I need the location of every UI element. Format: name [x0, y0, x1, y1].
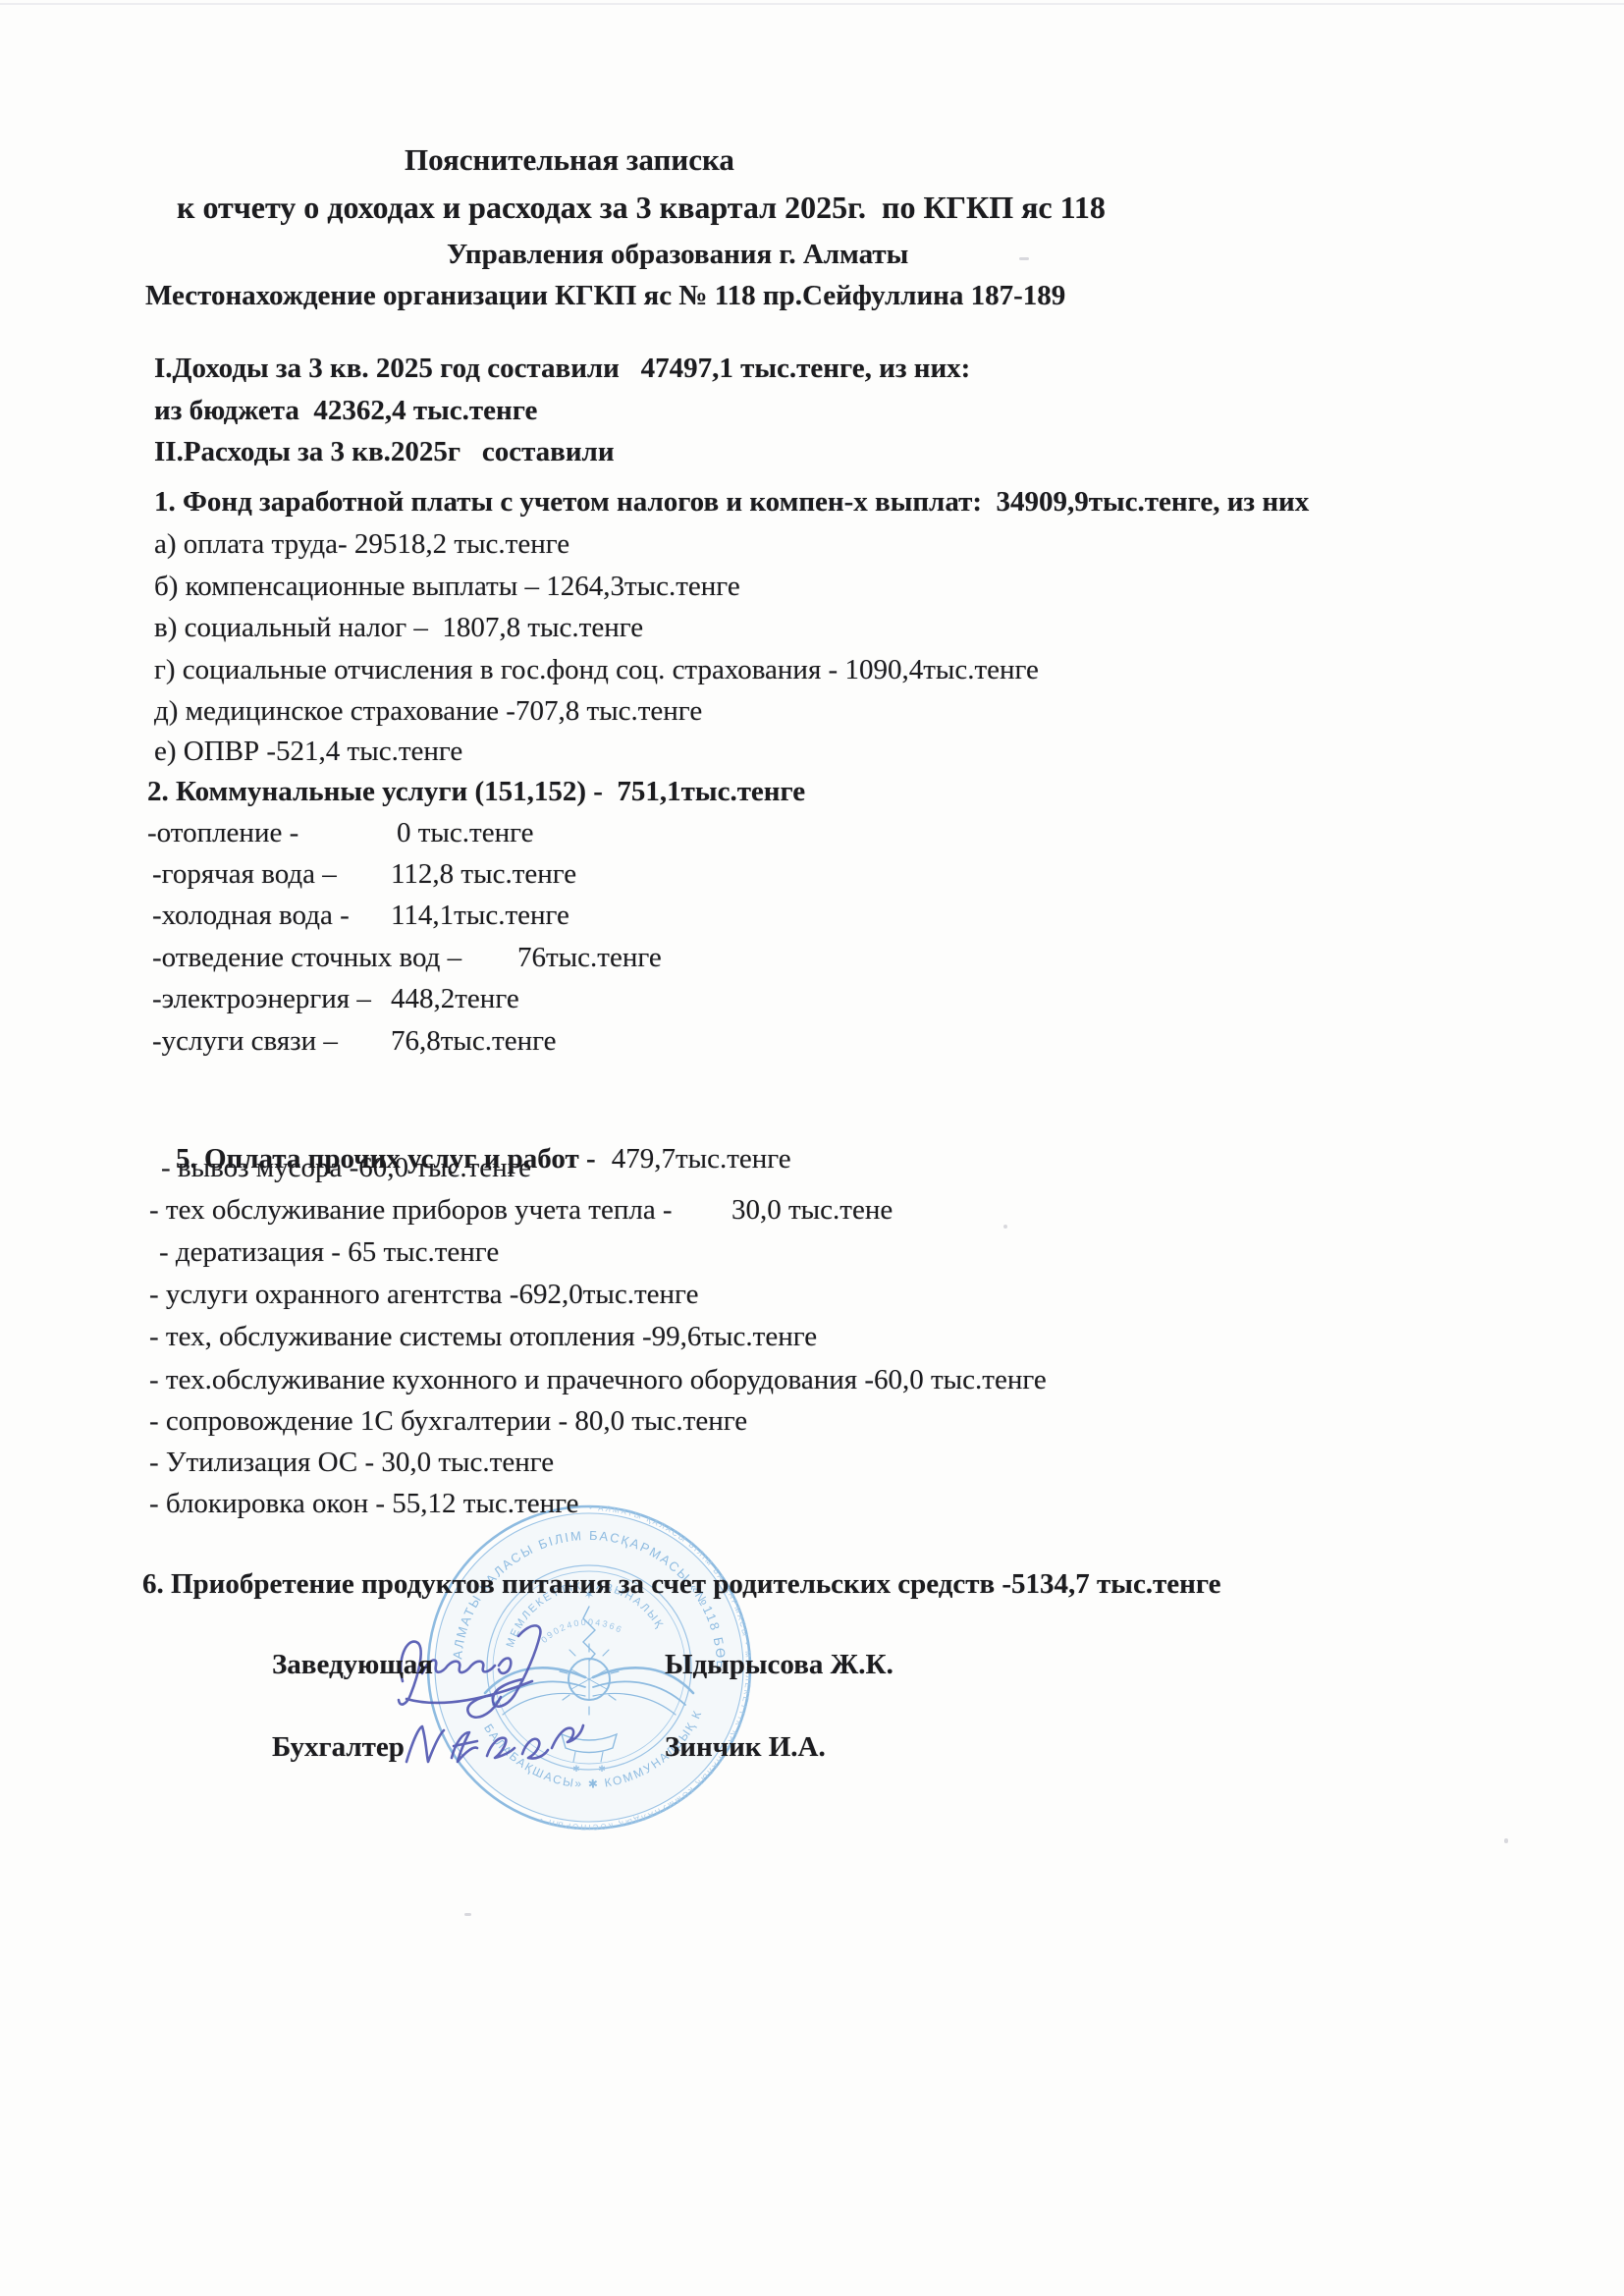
payroll-heading: 1. Фонд заработной платы с учетом налого… [154, 485, 1309, 519]
doc-title: Пояснительная записка [405, 141, 734, 178]
service-item: - тех.обслуживание кухонного и прачечног… [149, 1363, 1047, 1397]
service-item-value: 30,0 тыс.тене [731, 1193, 893, 1228]
doc-department-line: Управления образования г. Алматы [447, 238, 908, 272]
food-purchases-line: 6. Приобретение продуктов питания за сче… [142, 1567, 1221, 1602]
scan-edge-line [0, 3, 1624, 5]
utility-label: -услуги связи – [152, 1024, 338, 1059]
service-item: - услуги охранного агентства -692,0тыс.т… [149, 1278, 698, 1312]
scan-speck [1504, 1838, 1508, 1843]
service-item: - тех обслуживание приборов учета тепла … [149, 1193, 673, 1228]
payroll-item: д) медицинское страхование -707,8 тыс.те… [154, 694, 702, 729]
utilities-heading: 2. Коммунальные услуги (151,152) - 751,1… [147, 775, 805, 809]
scan-speck [1003, 1225, 1007, 1229]
utility-value: 448,2тенге [391, 982, 519, 1016]
utility-value: 114,1тыс.тенге [391, 899, 569, 933]
scan-speck [1019, 257, 1029, 260]
utility-value: 76,8тыс.тенге [391, 1024, 556, 1059]
signature-role-director: Заведующая [272, 1648, 433, 1682]
signature-name-accountant: Зинчик И.А. [665, 1730, 826, 1765]
payroll-item: в) социальный налог – 1807,8 тыс.тенге [154, 611, 643, 645]
utility-label: -горячая вода – [152, 857, 337, 892]
payroll-item: г) социальные отчисления в гос.фонд соц.… [154, 653, 1039, 687]
income-budget-line: из бюджета 42362,4 тыс.тенге [154, 394, 537, 428]
utility-value: 76тыс.тенге [517, 941, 662, 975]
services-heading-value: 479,7тыс.тенге [612, 1143, 791, 1175]
utility-label: -электроэнергия – [152, 982, 371, 1016]
document-page: • АЛМАТЫ ҚАЛАСЫ БІЛІМ БАСҚАРМАСЫ • МЕМЛЕ… [0, 0, 1624, 2296]
service-item: - сопровождение 1С бухгалтерии - 80,0 ты… [149, 1404, 747, 1439]
signature-role-accountant: Бухгалтер [272, 1730, 405, 1765]
service-item: - дератизация - 65 тыс.тенге [159, 1235, 499, 1270]
service-item: - вывоз мусора -60,0 тыс.тенге [161, 1151, 531, 1185]
svg-text:✱: ✱ [598, 1764, 606, 1774]
income-total-line: I.Доходы за 3 кв. 2025 год составили 474… [154, 352, 970, 386]
payroll-item: а) оплата труда- 29518,2 тыс.тенге [154, 527, 569, 562]
doc-address-line: Местонахождение организации КГКП яс № 11… [145, 279, 1065, 313]
utility-value: 0 тыс.тенге [397, 816, 533, 850]
payroll-item: б) компенсационные выплаты – 1264,3тыс.т… [154, 570, 740, 604]
scan-speck [464, 1913, 471, 1916]
accountant-signature [393, 1705, 589, 1783]
utility-label: -отведение сточных вод – [152, 941, 461, 975]
utility-label: -отопление - [147, 816, 298, 850]
utility-label: -холодная вода - [152, 899, 350, 933]
expenses-header-line: II.Расходы за 3 кв.2025г составили [154, 435, 615, 469]
doc-subtitle: к отчету о доходах и расходах за 3 кварт… [177, 189, 1106, 226]
payroll-item: е) ОПВР -521,4 тыс.тенге [154, 735, 462, 769]
signature-name-director: Ыдырысова Ж.К. [665, 1648, 893, 1682]
utility-value: 112,8 тыс.тенге [391, 857, 576, 892]
service-item: - блокировка окон - 55,12 тыс.тенге [149, 1487, 579, 1521]
service-item: - Утилизация ОС - 30,0 тыс.тенге [149, 1446, 554, 1480]
service-item: - тех, обслуживание системы отопления -9… [149, 1320, 817, 1354]
